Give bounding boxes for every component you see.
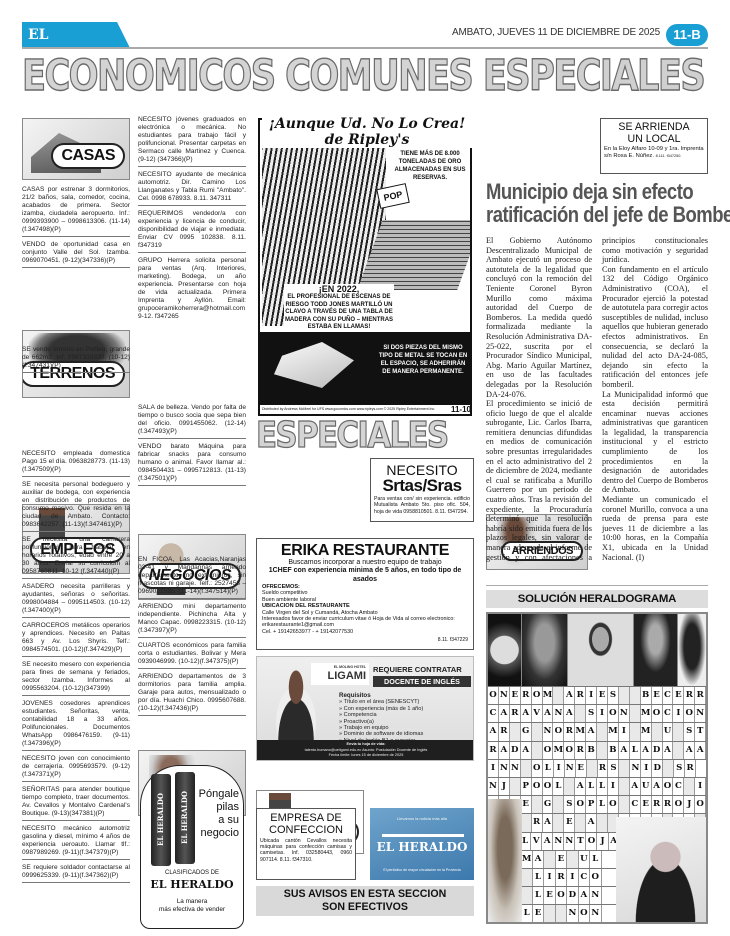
- article-body: El Gobierno Autónomo Descentralizado Mun…: [486, 236, 708, 562]
- crossword-cell: R: [521, 687, 532, 704]
- crossword-cell: E: [576, 760, 587, 777]
- crossword-cell: A: [586, 814, 597, 831]
- crossword-cell: [673, 723, 684, 740]
- battery-icon: EL HERALDO: [151, 774, 171, 866]
- man-mustache-photo: [522, 614, 568, 686]
- crossword-cell: L: [597, 778, 608, 795]
- crossword-cell: M: [543, 687, 554, 704]
- crossword-cell: [553, 814, 564, 831]
- crossword-cell: R: [564, 723, 575, 740]
- crossword-cell: [602, 905, 612, 922]
- casas-label: CASAS: [51, 143, 125, 169]
- crossword-cell: I: [554, 760, 565, 777]
- crossword-cell: A: [663, 742, 674, 759]
- listing: NECESITO mecánico automotriz gasolina y …: [22, 825, 130, 860]
- ripley-comic: LOS ESTADOS UNIDOS TIENE MÁS DE 8.000 TO…: [258, 118, 472, 416]
- crossword-cell: R: [499, 723, 510, 740]
- crossword-cell: O: [488, 687, 499, 704]
- listing: CUARTOS económicos para familia corta o …: [138, 642, 246, 669]
- crossword-cell: N: [543, 723, 554, 740]
- crossword-cell: [619, 760, 630, 777]
- listing: SE vende terreno en Pelileo, grande de 6…: [22, 346, 130, 373]
- crossword-cell: E: [673, 687, 684, 704]
- crossword-row: NJPOOLALLIAUAOCI: [488, 777, 706, 795]
- ligami-docente-ad: EL MOLINO HOTEL LIGAMI REQUIERE CONTRATA…: [256, 656, 474, 761]
- necesito-srtas-ad: NECESITO Srtas/Sras Para ventas con/ sin…: [370, 458, 474, 522]
- crossword-cell: [652, 723, 663, 740]
- crossword-cell: A: [499, 742, 510, 759]
- listing: SEÑORITAS para atender boutique tiempo c…: [22, 786, 130, 821]
- crossword-cell: A: [630, 778, 641, 795]
- avisos-efectivos-banner: SUS AVISOS EN ESTA SECCION SON EFECTIVOS: [256, 886, 474, 916]
- crossword-cell: N: [553, 833, 564, 850]
- crossword-cell: L: [553, 778, 564, 795]
- crossword-cell: [696, 760, 706, 777]
- crossword-cell: [564, 778, 575, 795]
- crossword-cell: A: [488, 723, 499, 740]
- crossword-cell: N: [619, 705, 630, 722]
- page-number-badge: 11-B: [666, 24, 708, 46]
- divider: [382, 834, 464, 837]
- crossword-cell: M: [575, 723, 586, 740]
- listing: NECESITO jóvenes graduados en electrónic…: [138, 116, 246, 167]
- crossword-cell: L: [543, 760, 554, 777]
- section-banner: ECONOMICOS COMUNES ESPECIALES: [22, 56, 586, 96]
- crossword-cell: [553, 796, 564, 813]
- crossword-cell: C: [663, 687, 674, 704]
- crossword-cell: [684, 778, 695, 795]
- promo-slogan: Póngale pilas a su negocio: [195, 788, 239, 840]
- crossword-cell: A: [619, 742, 630, 759]
- crossword-cell: A: [564, 705, 575, 722]
- crossword-cell: [556, 905, 567, 922]
- heraldo-logo: EL HERALDO: [370, 840, 474, 854]
- crossword-cell: O: [673, 796, 684, 813]
- crossword-cell: I: [586, 687, 597, 704]
- crossword-cell: E: [652, 687, 663, 704]
- crossword-cell: O: [608, 705, 619, 722]
- heraldograma-grid: ONEROMARIESBECERRCARAVANASIONMOCIONARGNO…: [486, 612, 708, 924]
- listing: EN FICOA, Las Acacias,Naranjas 02-41 y M…: [138, 556, 246, 599]
- listing: CASAS por estrenar 3 dormitorios, 21/2 b…: [22, 186, 130, 237]
- crossword-cell: [597, 742, 608, 759]
- crossword-cell: O: [575, 796, 586, 813]
- crossword-cell: O: [586, 833, 597, 850]
- empresa-confeccion-ad: EMPRESA DE CONFECCION Ubicada cantón Cev…: [256, 808, 356, 880]
- crossword-cell: O: [684, 705, 695, 722]
- crossword-cell: E: [533, 905, 544, 922]
- heraldograma-title: SOLUCIÓN HERALDOGRAMA: [486, 590, 708, 608]
- listing: SE necesita una camarera polifuncional, …: [22, 536, 130, 579]
- ripley-credit: Distributed by Andrews McMeel for UFS ww…: [260, 405, 472, 414]
- crossword-cell: L: [597, 796, 608, 813]
- crossword-cell: T: [695, 723, 706, 740]
- crossword-cell: M: [553, 742, 564, 759]
- crossword-cell: M: [641, 723, 652, 740]
- crossword-cell: [663, 760, 674, 777]
- listing: ARRIENDO departamentos de 3 dormitorios …: [138, 673, 246, 716]
- header-rule: [22, 47, 708, 49]
- crossword-cell: [619, 778, 630, 795]
- listing: SE necesito mesero con experiencia para …: [22, 661, 130, 696]
- col1-empleos-listings: NECESITO empleada domestica Pago 15 el d…: [22, 450, 130, 887]
- listing: NECESITO ayudante de mecánica automotriz…: [138, 171, 246, 206]
- crossword-cell: A: [684, 742, 695, 759]
- crossword-cell: I: [619, 723, 630, 740]
- ligami-contact-bar: Envía tu hoja de vida: talento.humano@ue…: [257, 740, 474, 760]
- promo-brand: EL HERALDO: [141, 878, 243, 891]
- crossword-cell: O: [564, 742, 575, 759]
- listing: ARRIENDO mini departamento independiente…: [138, 603, 246, 638]
- crossword-cell: G: [543, 796, 554, 813]
- crossword-cell: [630, 723, 641, 740]
- crossword-cell: C: [673, 778, 684, 795]
- article-paragraph: La Municipalidad informó que esta decisi…: [602, 390, 708, 496]
- crossword-cell: E: [564, 814, 575, 831]
- crossword-cell: N: [567, 905, 578, 922]
- crossword-cell: C: [663, 705, 674, 722]
- crossword-cell: N: [590, 887, 601, 904]
- banner-part2: ESPECIALES: [483, 51, 704, 101]
- crossword-cell: M: [521, 851, 532, 868]
- crossword-cell: N: [695, 705, 706, 722]
- crossword-cell: L: [590, 851, 601, 868]
- listing: NECESITO empleada domestica Pago 15 el d…: [22, 450, 130, 477]
- pilas-promo: EL HERALDO EL HERALDO Póngale pilas a su…: [140, 765, 244, 929]
- crossword-row: RADAOMORBBALADAAA: [488, 741, 706, 759]
- crossword-cell: O: [532, 687, 543, 704]
- crossword-cell: A: [543, 814, 554, 831]
- el-heraldo-promo-ad: Llevamos la noticia más allá EL HERALDO …: [370, 808, 474, 880]
- listing: GRUPO Herrera solicita personal para ven…: [138, 257, 246, 323]
- crossword-cell: C: [579, 869, 590, 886]
- crossword-cell: O: [543, 742, 554, 759]
- crossword-cell: L: [533, 887, 544, 904]
- listing: VENDO barato Máquina para fabricar snack…: [138, 443, 246, 486]
- crossword-cell: S: [564, 796, 575, 813]
- crossword-cell: N: [553, 705, 564, 722]
- crossword-cell: D: [567, 887, 578, 904]
- crossword-cell: [597, 814, 608, 831]
- category-casas-image: CASAS: [22, 118, 130, 180]
- crossword-cell: B: [608, 742, 619, 759]
- crossword-cell: G: [521, 723, 532, 740]
- listing: JOVENES cosedores aprendices estudiantes…: [22, 700, 130, 751]
- arriendos-listings: EN FICOA, Las Acacias,Naranjas 02-41 y M…: [138, 556, 246, 720]
- crossword-cell: N: [590, 905, 601, 922]
- crossword-cell: N: [510, 760, 521, 777]
- crossword-cell: U: [641, 778, 652, 795]
- crossword-cell: A: [652, 778, 663, 795]
- crossword-cell: [521, 869, 532, 886]
- crossword-photo-strip: [488, 614, 706, 686]
- terrenos-listings: SE vende terreno en Pelileo, grande de 6…: [22, 346, 130, 377]
- woman-singer-photo: [568, 614, 634, 686]
- crossword-cell: O: [652, 705, 663, 722]
- crossword-cell: I: [608, 778, 619, 795]
- crossword-cell: I: [488, 760, 499, 777]
- ripley-title: ¡Aunque Ud. No Lo Crea! de Ripley's: [262, 116, 472, 148]
- crossword-cell: R: [510, 705, 521, 722]
- crossword-cell: S: [586, 705, 597, 722]
- crossword-cell: M: [608, 723, 619, 740]
- crossword-cell: A: [564, 687, 575, 704]
- crossword-cell: A: [695, 742, 706, 759]
- crossword-row: CARAVANASIONMOCION: [488, 704, 706, 722]
- orange-photo: [488, 614, 522, 686]
- crossword-cell: [532, 723, 543, 740]
- listing: VENDO de oportunidad casa en conjunto Va…: [22, 241, 130, 268]
- crossword-cell: O: [695, 796, 706, 813]
- crossword-cell: D: [652, 742, 663, 759]
- crossword-cell: B: [586, 742, 597, 759]
- crossword-cell: E: [597, 687, 608, 704]
- listing: REQUERIMOS vendedor/a con experiencia y …: [138, 210, 246, 253]
- crossword-cell: E: [556, 851, 567, 868]
- crossword-cell: [521, 814, 532, 831]
- crossword-cell: E: [641, 796, 652, 813]
- crossword-cell: I: [673, 705, 684, 722]
- se-arrienda-local-ad: SE ARRIENDA UN LOCAL En la Eloy Alfaro 1…: [600, 118, 708, 174]
- crossword-cell: A: [586, 723, 597, 740]
- crossword-cell: I: [695, 778, 706, 795]
- crossword-cell: O: [663, 778, 674, 795]
- man-portrait-photo: [616, 817, 706, 922]
- crossword-cell: L: [630, 742, 641, 759]
- crossword-cell: [673, 742, 684, 759]
- crossword-cell: N: [499, 687, 510, 704]
- crossword-cell: U: [663, 723, 674, 740]
- crossword-cell: [619, 687, 630, 704]
- crossword-cell: R: [695, 687, 706, 704]
- crossword-cell: S: [608, 760, 619, 777]
- listing: ASADERO necesita parrilleras y ayudantes…: [22, 583, 130, 618]
- crossword-cell: R: [685, 760, 696, 777]
- crossword-cell: [587, 760, 598, 777]
- crossword-cell: [544, 905, 555, 922]
- crossword-cell: [510, 778, 521, 795]
- crossword-cell: O: [556, 887, 567, 904]
- crossword-cell: N: [499, 760, 510, 777]
- col2-empleos-listings: NECESITO jóvenes graduados en electrónic…: [138, 116, 246, 327]
- crossword-cell: R: [575, 742, 586, 759]
- crossword-row: ARGNORMAMIMUST: [488, 722, 706, 740]
- crossword-cell: A: [641, 742, 652, 759]
- article-paragraph: El Gobierno Autónomo Descentralizado Mun…: [486, 236, 592, 399]
- crossword-cell: R: [532, 814, 543, 831]
- crossword-cell: A: [521, 705, 532, 722]
- crossword-cell: R: [556, 869, 567, 886]
- crossword-cell: C: [630, 796, 641, 813]
- crossword-cell: C: [488, 705, 499, 722]
- listing: SE necesita personal bodeguero y auxilia…: [22, 481, 130, 532]
- crossword-cell: N: [488, 778, 499, 795]
- rose-photo: [678, 614, 706, 686]
- crossword-cell: [630, 687, 641, 704]
- ripley-fact-gold: LOS ESTADOS UNIDOS TIENE MÁS DE 8.000 TO…: [388, 142, 472, 182]
- crossword-cell: [602, 869, 612, 886]
- crossword-cell: [544, 851, 555, 868]
- casas-listings: CASAS por estrenar 3 dormitorios, 21/2 b…: [22, 186, 130, 272]
- article-paragraph: Mediante un comunicado el coronel Murill…: [602, 495, 708, 562]
- brand-tab: EL HERALDO: [22, 22, 130, 48]
- crossword-cell: A: [579, 887, 590, 904]
- crossword-cell: O: [553, 723, 564, 740]
- crossword-cell: R: [684, 687, 695, 704]
- crossword-cell: [575, 705, 586, 722]
- crossword-row: INNOLINERSNIDSR: [488, 759, 706, 777]
- listing: SE requiere soldador contactarse al 0999…: [22, 864, 130, 883]
- crossword-cell: O: [608, 796, 619, 813]
- ripley-fact-metal: SI DOS PIEZAS DEL MISMO TIPO DE METAL SE…: [378, 344, 468, 376]
- promo-tagline: La manera más efectiva de vender: [141, 898, 243, 914]
- crossword-cell: [575, 814, 586, 831]
- crossword-cell: R: [575, 687, 586, 704]
- crossword-cell: I: [641, 760, 652, 777]
- listing: CARROCEROS metálicos operarios y aprendi…: [22, 622, 130, 657]
- crossword-cell: D: [652, 760, 663, 777]
- puma-photo: [488, 799, 522, 922]
- crossword-cell: R: [663, 796, 674, 813]
- crossword-cell: T: [575, 833, 586, 850]
- crossword-cell: [532, 796, 543, 813]
- crossword-cell: S: [674, 760, 685, 777]
- crossword-cell: N: [564, 833, 575, 850]
- crossword-cell: N: [630, 760, 641, 777]
- divider: [486, 585, 708, 586]
- banner-part1: ECONOMICOS COMUNES: [22, 51, 472, 101]
- crossword-cell: M: [641, 705, 652, 722]
- crossword-cell: O: [579, 905, 590, 922]
- listing: NECESITO joven con conocimiento de cerra…: [22, 755, 130, 782]
- crossword-cell: R: [652, 796, 663, 813]
- article-headline: Municipio deja sin efecto ratificación d…: [486, 180, 678, 226]
- crossword-cell: A: [533, 851, 544, 868]
- crossword-cell: I: [544, 869, 555, 886]
- ligami-requirements: Requisitos » Título en el área (SENESCYT…: [339, 693, 423, 744]
- crossword-cell: O: [590, 869, 601, 886]
- crossword-cell: [521, 887, 532, 904]
- ligami-logo: EL MOLINO HOTEL LIGAMI: [311, 663, 369, 685]
- crossword-cell: P: [521, 778, 532, 795]
- crossword-cell: R: [598, 760, 609, 777]
- crossword-cell: V: [531, 833, 542, 850]
- crossword-cell: J: [684, 796, 695, 813]
- man-smiling-photo: [634, 614, 678, 686]
- edition-date: AMBATO, JUEVES 11 DE DICIEMBRE DE 2025: [440, 27, 660, 38]
- clasificados-label: CLASIFICADOS DE: [141, 870, 243, 876]
- ripley-fact-stunt: ¡EN 2022, EL PROFESIONAL DE ESCENAS DE R…: [284, 284, 394, 332]
- crossword-cell: B: [641, 687, 652, 704]
- crossword-cell: E: [521, 796, 532, 813]
- especiales-banner: ESPECIALES: [256, 420, 445, 452]
- crossword-cell: [567, 851, 578, 868]
- crossword-cell: A: [575, 778, 586, 795]
- crossword-cell: [630, 705, 641, 722]
- crossword-cell: R: [488, 742, 499, 759]
- erika-restaurante-ad: ERIKA RESTAURANTE Buscamos incorporar a …: [256, 538, 474, 650]
- crossword-cell: [532, 742, 543, 759]
- crossword-cell: O: [532, 778, 543, 795]
- crossword-cell: O: [543, 778, 554, 795]
- crossword-cell: V: [532, 705, 543, 722]
- crossword-cell: N: [565, 760, 576, 777]
- crossword-cell: A: [543, 705, 554, 722]
- crossword-cell: [510, 723, 521, 740]
- crossword-cell: O: [532, 760, 543, 777]
- crossword-cell: E: [544, 887, 555, 904]
- crossword-cell: L: [586, 778, 597, 795]
- crossword-row: ONEROMARIESBECERR: [488, 686, 706, 704]
- crossword-cell: S: [608, 687, 619, 704]
- crossword-cell: L: [533, 869, 544, 886]
- ripley-date-code: 11-10: [451, 405, 471, 414]
- crossword-cell: [553, 687, 564, 704]
- crossword-cell: A: [499, 705, 510, 722]
- crossword-cell: J: [597, 833, 608, 850]
- crossword-cell: A: [521, 742, 532, 759]
- crossword-cell: S: [684, 723, 695, 740]
- article-paragraph: Con fundamento en el artículo 132 del Có…: [602, 265, 708, 390]
- crossword-cell: [619, 796, 630, 813]
- crossword-cell: [602, 887, 612, 904]
- crossword-cell: U: [579, 851, 590, 868]
- crossword-cell: [521, 760, 532, 777]
- negocios-listings: SALA de belleza. Vendo por falta de tiem…: [138, 404, 246, 490]
- crossword-cell: L: [521, 905, 532, 922]
- listing: SALA de belleza. Vendo por falta de tiem…: [138, 404, 246, 439]
- crossword-cell: D: [510, 742, 521, 759]
- crossword-cell: I: [597, 705, 608, 722]
- crossword-cell: J: [499, 778, 510, 795]
- crossword-cell: [597, 723, 608, 740]
- crossword-cell: E: [510, 687, 521, 704]
- battery-icon: EL HERALDO: [175, 772, 195, 864]
- crossword-cell: I: [567, 869, 578, 886]
- crossword-cell: P: [586, 796, 597, 813]
- crossword-cell: [602, 851, 612, 868]
- crossword-cell: A: [542, 833, 553, 850]
